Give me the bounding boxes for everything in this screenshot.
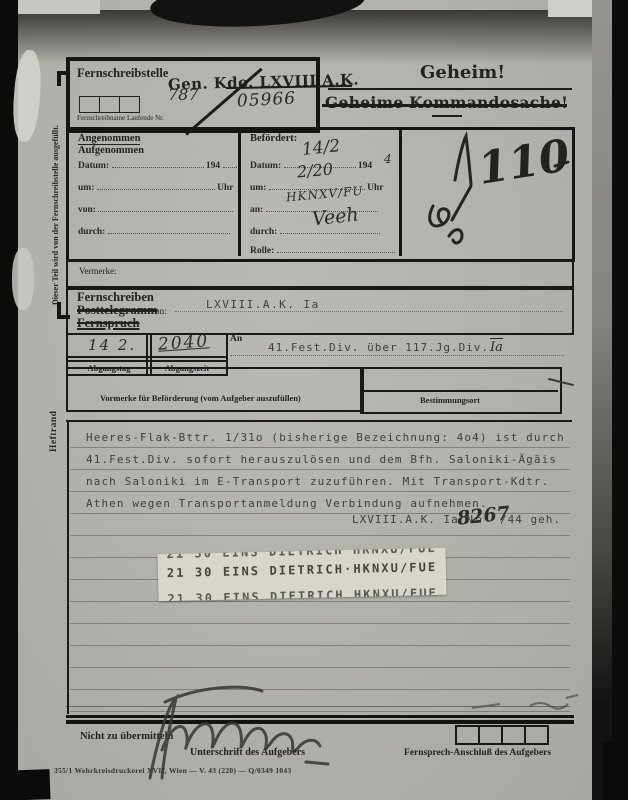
hw-forward-time: 2/20 (296, 159, 333, 181)
film-corner-bottom-left (0, 769, 51, 800)
dispatch-recipient: 41.Fest.Div. über 117.Jg.Div. (268, 341, 489, 354)
received-durch-label: durch: (78, 227, 105, 237)
scan-blob-left-2 (12, 248, 34, 310)
teletype-strip: 21 30 EINS DIETRICH HKNXU/FUE 21 30 EINS… (158, 548, 447, 602)
kommandosache-stamp: Geheime Kommandosache! (325, 93, 568, 112)
teletype-line-mid: 21 30 EINS DIETRICH·HKNXU/FUE (167, 560, 438, 580)
signature-scrawl (110, 680, 370, 780)
message-line-2: 41.Fest.Div. sofort herauszulösen und de… (86, 453, 557, 466)
received-um-label: um: (78, 183, 94, 193)
message-area-top-rule (66, 420, 572, 422)
hw-dispatch-time: 2040 (157, 331, 210, 355)
hw-pencil-marks (470, 692, 580, 718)
kommandosache-strike (322, 104, 567, 107)
message-line-1: Heeres-Flak-Bttr. 1/31o (bisherige Bezei… (86, 431, 565, 444)
station-label: Fernschreibstelle (77, 66, 168, 81)
geheim-rule (328, 88, 572, 90)
message-line-4: Athen wegen Transportanmeldung Verbindun… (86, 497, 488, 510)
msgtype-von-label: von: (150, 307, 167, 317)
message-area-left-rule (67, 420, 69, 714)
hw-number-2: 05966 (237, 88, 297, 111)
msgtype-sender: LXVIII.A.K. Ia (206, 298, 320, 311)
phone-label: Fernsprech-Anschluß des Aufgebers (404, 748, 551, 758)
forwarded-rolle-label: Rolle: (250, 246, 274, 256)
vermerke-label: Vermerke: (79, 266, 116, 276)
forwarded-uhr: Uhr (367, 183, 383, 193)
received-title-2: Aufgenommen (78, 145, 144, 156)
film-corner-bottom-right (602, 742, 628, 800)
received-von-row: von: (78, 205, 233, 215)
received-datum-row: Datum: 194 (78, 161, 237, 171)
forwarded-title: Befördert: (250, 133, 297, 144)
hw-forward-date: 14/2 (301, 136, 341, 160)
print-note: 355/1 Wehrkreisdruckerei XVII, Wien — V.… (54, 766, 292, 775)
received-durch-row: durch: (78, 227, 230, 237)
dispatch-rule (230, 355, 564, 356)
received-title-1: Angenommen (78, 133, 140, 145)
message-ref-suffix: /44 geh. (500, 513, 561, 526)
margin-vertical-note: Dieser Teil wird von der Fernschreibstel… (51, 125, 60, 305)
scan-light-top-left (18, 0, 100, 14)
received-uhr: Uhr (217, 183, 233, 193)
vormerke-befoerderung-box (66, 367, 364, 412)
forwarded-um-label: um: (250, 183, 266, 193)
forwarded-durch-label: durch: (250, 227, 277, 237)
table-divider-2 (399, 127, 402, 256)
hw-number-1: 787 (168, 85, 199, 104)
msgtype-fernspruch: Fernspruch (77, 316, 140, 331)
scan-shade-right (592, 0, 612, 800)
vormerke-befoerderung-label: Vormerke für Beförderung (vom Aufgeber a… (100, 393, 301, 403)
table-divider-1 (238, 127, 241, 256)
bestimmungsort-label: Bestimmungsort (420, 395, 480, 405)
counter-boxes (79, 96, 140, 113)
forwarded-datum-label: Datum: (250, 161, 281, 171)
received-year: 194 (206, 161, 220, 171)
hw-forward-year: 4 (384, 152, 392, 166)
hw-dispatch-day: 14 2. (88, 336, 136, 354)
margin-heftrand-label: Heftrand (49, 411, 59, 452)
msgtype-rule (175, 311, 563, 312)
station-small-label: Fernschreibname Laufende Nr. (77, 114, 164, 122)
forwarded-an-label: an: (250, 205, 263, 215)
message-line-3: nach Saloniki im E-Transport zuzuführen.… (86, 475, 549, 488)
forwarded-year: 194 (358, 161, 372, 171)
bestimmungsort-divider (360, 390, 558, 392)
received-um-row: um: Uhr (78, 183, 234, 193)
received-von-label: von: (78, 205, 96, 215)
geheim-stamp: Geheim! (420, 62, 505, 83)
kommandosache-underline (432, 115, 462, 117)
forwarded-rolle-row: Rolle: (250, 246, 395, 256)
signature-label: Unterschrift des Aufgebers (190, 747, 305, 758)
phone-number-boxes (455, 725, 549, 745)
hw-dispatch-recipient-suffix: Ia (490, 338, 503, 355)
dispatch-an-label: An (230, 334, 242, 344)
hw-annotation-scribble (405, 128, 570, 256)
scanned-document-page: Dieser Teil wird von der Fernschreibstel… (0, 0, 628, 800)
received-datum-label: Datum: (78, 161, 109, 171)
